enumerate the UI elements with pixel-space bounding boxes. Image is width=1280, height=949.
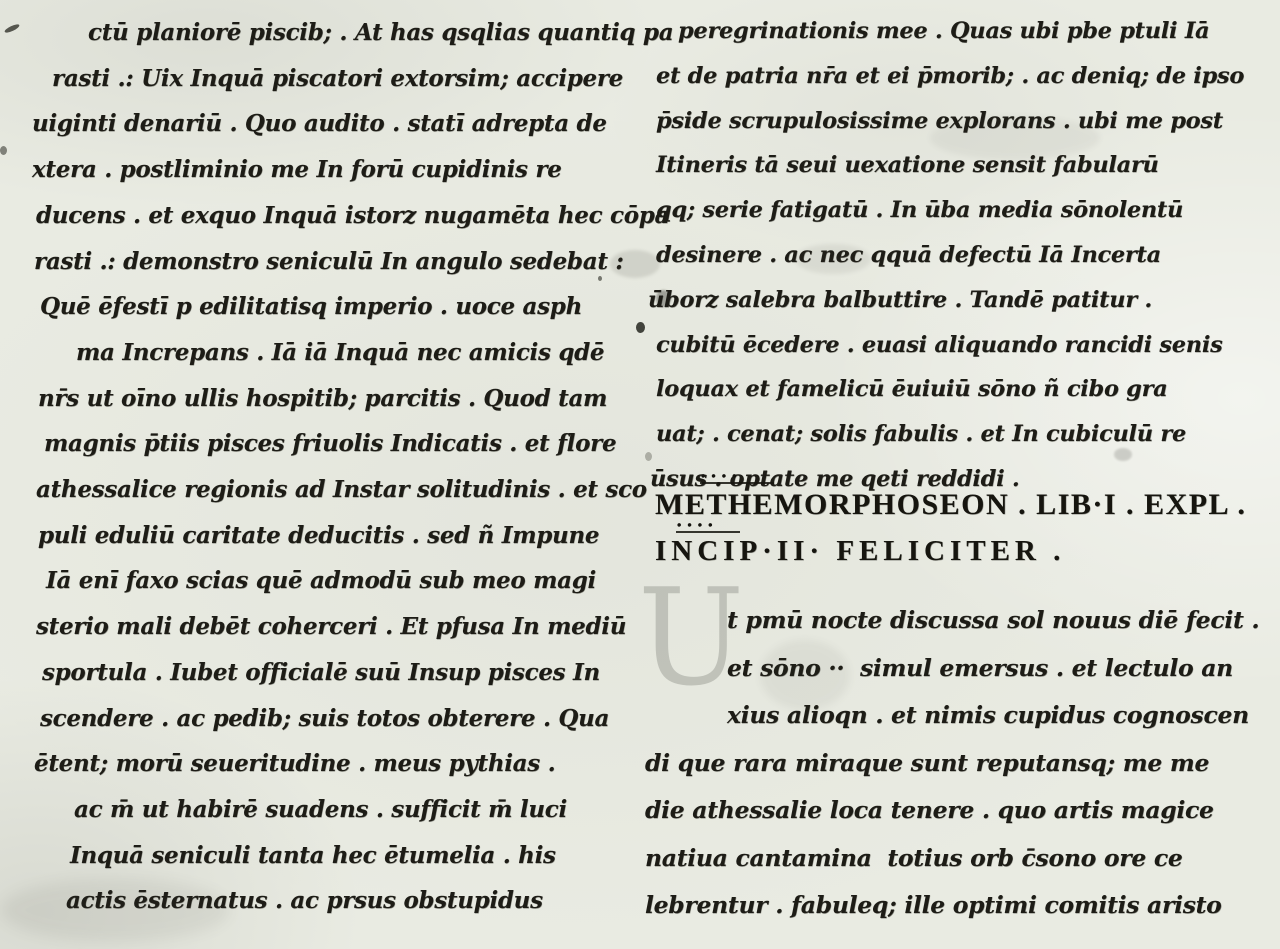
manuscript-line: ētent; morū seueritudine . meus pythias … xyxy=(30,741,630,787)
manuscript-line: rasti .: Uix Inquā piscatori extorsim; a… xyxy=(30,56,630,102)
ink-speck xyxy=(598,276,602,281)
manuscript-line: sportula . Iubet officialē suū Insup pis… xyxy=(30,650,630,696)
incipit-line: INCIP·II· FELICITER . xyxy=(655,528,1265,574)
manuscript-line: Quē ēfestī p edilitatisq imperio . uoce … xyxy=(30,284,630,330)
manuscript-line: et de patria nr̄a et ei p̄morib; . ac de… xyxy=(648,54,1262,99)
manuscript-line: qq; serie fatigatū . In ūba media sōnole… xyxy=(648,188,1262,233)
manuscript-line: desinere . ac nec qquā defectū Iā Incert… xyxy=(648,233,1262,278)
manuscript-line: t pmū nocte discussa sol nouus diē fecit… xyxy=(645,597,1263,645)
right-text-column-upper: peregrinationis mee . Quas ubi pbe ptuli… xyxy=(648,9,1262,502)
manuscript-line: ctū planiorē piscib; . At has qsqlias qu… xyxy=(30,10,630,56)
manuscript-line: ac m̄ ut habirē suadens . sufficit m̄ lu… xyxy=(30,787,630,833)
book-rubric: METHEMORPHOSEON . LIB·I . EXPL . INCIP·I… xyxy=(655,481,1265,574)
manuscript-line: natiua cantamina totius orb c̄sono ore c… xyxy=(645,835,1263,883)
manuscript-line: cubitū ēcedere . euasi aliquando rancidi… xyxy=(648,323,1262,368)
ink-speck xyxy=(656,290,671,307)
ink-smudge xyxy=(610,250,660,278)
manuscript-line: magnis p̄tiis pisces friuolis Indicatis … xyxy=(30,421,630,467)
explicit-line: METHEMORPHOSEON . LIB·I . EXPL . xyxy=(655,481,1265,528)
manuscript-line: nr̄s ut oīno ullis hospitib; parcitis . … xyxy=(30,376,630,422)
manuscript-line: loquax et famelicū ēuiuiū sōno ñ cibo gr… xyxy=(648,367,1262,412)
manuscript-line: ūborz salebra balbuttire . Tandē patitur… xyxy=(648,278,1262,323)
manuscript-line: et sōno ·· simul emersus . et lectulo an xyxy=(645,645,1263,693)
manuscript-line: xtera . postliminio me In forū cupidinis… xyxy=(30,147,630,193)
manuscript-line: ma Increpans . Iā iā Inquā nec amicis qd… xyxy=(30,330,630,376)
ink-speck xyxy=(645,452,652,461)
manuscript-line: Iā enī faxo scias quē admodū sub meo mag… xyxy=(30,558,630,604)
manuscript-page: ctū planiorē piscib; . At has qsqlias qu… xyxy=(0,0,1280,949)
ink-speck xyxy=(4,23,21,34)
manuscript-line: peregrinationis mee . Quas ubi pbe ptuli… xyxy=(648,9,1262,54)
manuscript-line: di que rara miraque sunt reputansq; me m… xyxy=(645,740,1263,788)
right-text-column-lower: t pmū nocte discussa sol nouus diē fecit… xyxy=(645,597,1263,930)
manuscript-line: uiginti denariū . Quo audito . statī adr… xyxy=(30,101,630,147)
ink-speck xyxy=(0,146,7,155)
manuscript-line: scendere . ac pedib; suis totos obterere… xyxy=(30,696,630,742)
manuscript-line: ducens . et exquo Inquā istorz nugamēta … xyxy=(30,193,630,239)
manuscript-line: sterio mali debēt coherceri . Et pfusa I… xyxy=(30,604,630,650)
manuscript-line: Inquā seniculi tanta hec ētumelia . his xyxy=(30,833,630,879)
manuscript-line: rasti .: demonstro seniculū In angulo se… xyxy=(30,239,630,285)
manuscript-line: die athessalie loca tenere . quo artis m… xyxy=(645,787,1263,835)
ink-smudge xyxy=(930,116,1100,160)
ink-speck xyxy=(1114,448,1132,461)
ink-smudge xyxy=(760,640,850,710)
ink-speck xyxy=(636,322,645,333)
ink-smudge xyxy=(795,244,871,274)
manuscript-line: uat; . cenat; solis fabulis . et In cubi… xyxy=(648,412,1262,457)
manuscript-line: xius alioqn . et nimis cupidus cognoscen xyxy=(645,692,1263,740)
manuscript-line: puli eduliū caritate deducitis . sed ñ I… xyxy=(30,513,630,559)
manuscript-line: lebrentur . fabuleq; ille optimi comitis… xyxy=(645,882,1263,930)
left-text-column: ctū planiorē piscib; . At has qsqlias qu… xyxy=(30,10,630,924)
manuscript-line: athessalice regionis ad Instar solitudin… xyxy=(30,467,630,513)
photo-shadow-smudge xyxy=(0,878,230,942)
